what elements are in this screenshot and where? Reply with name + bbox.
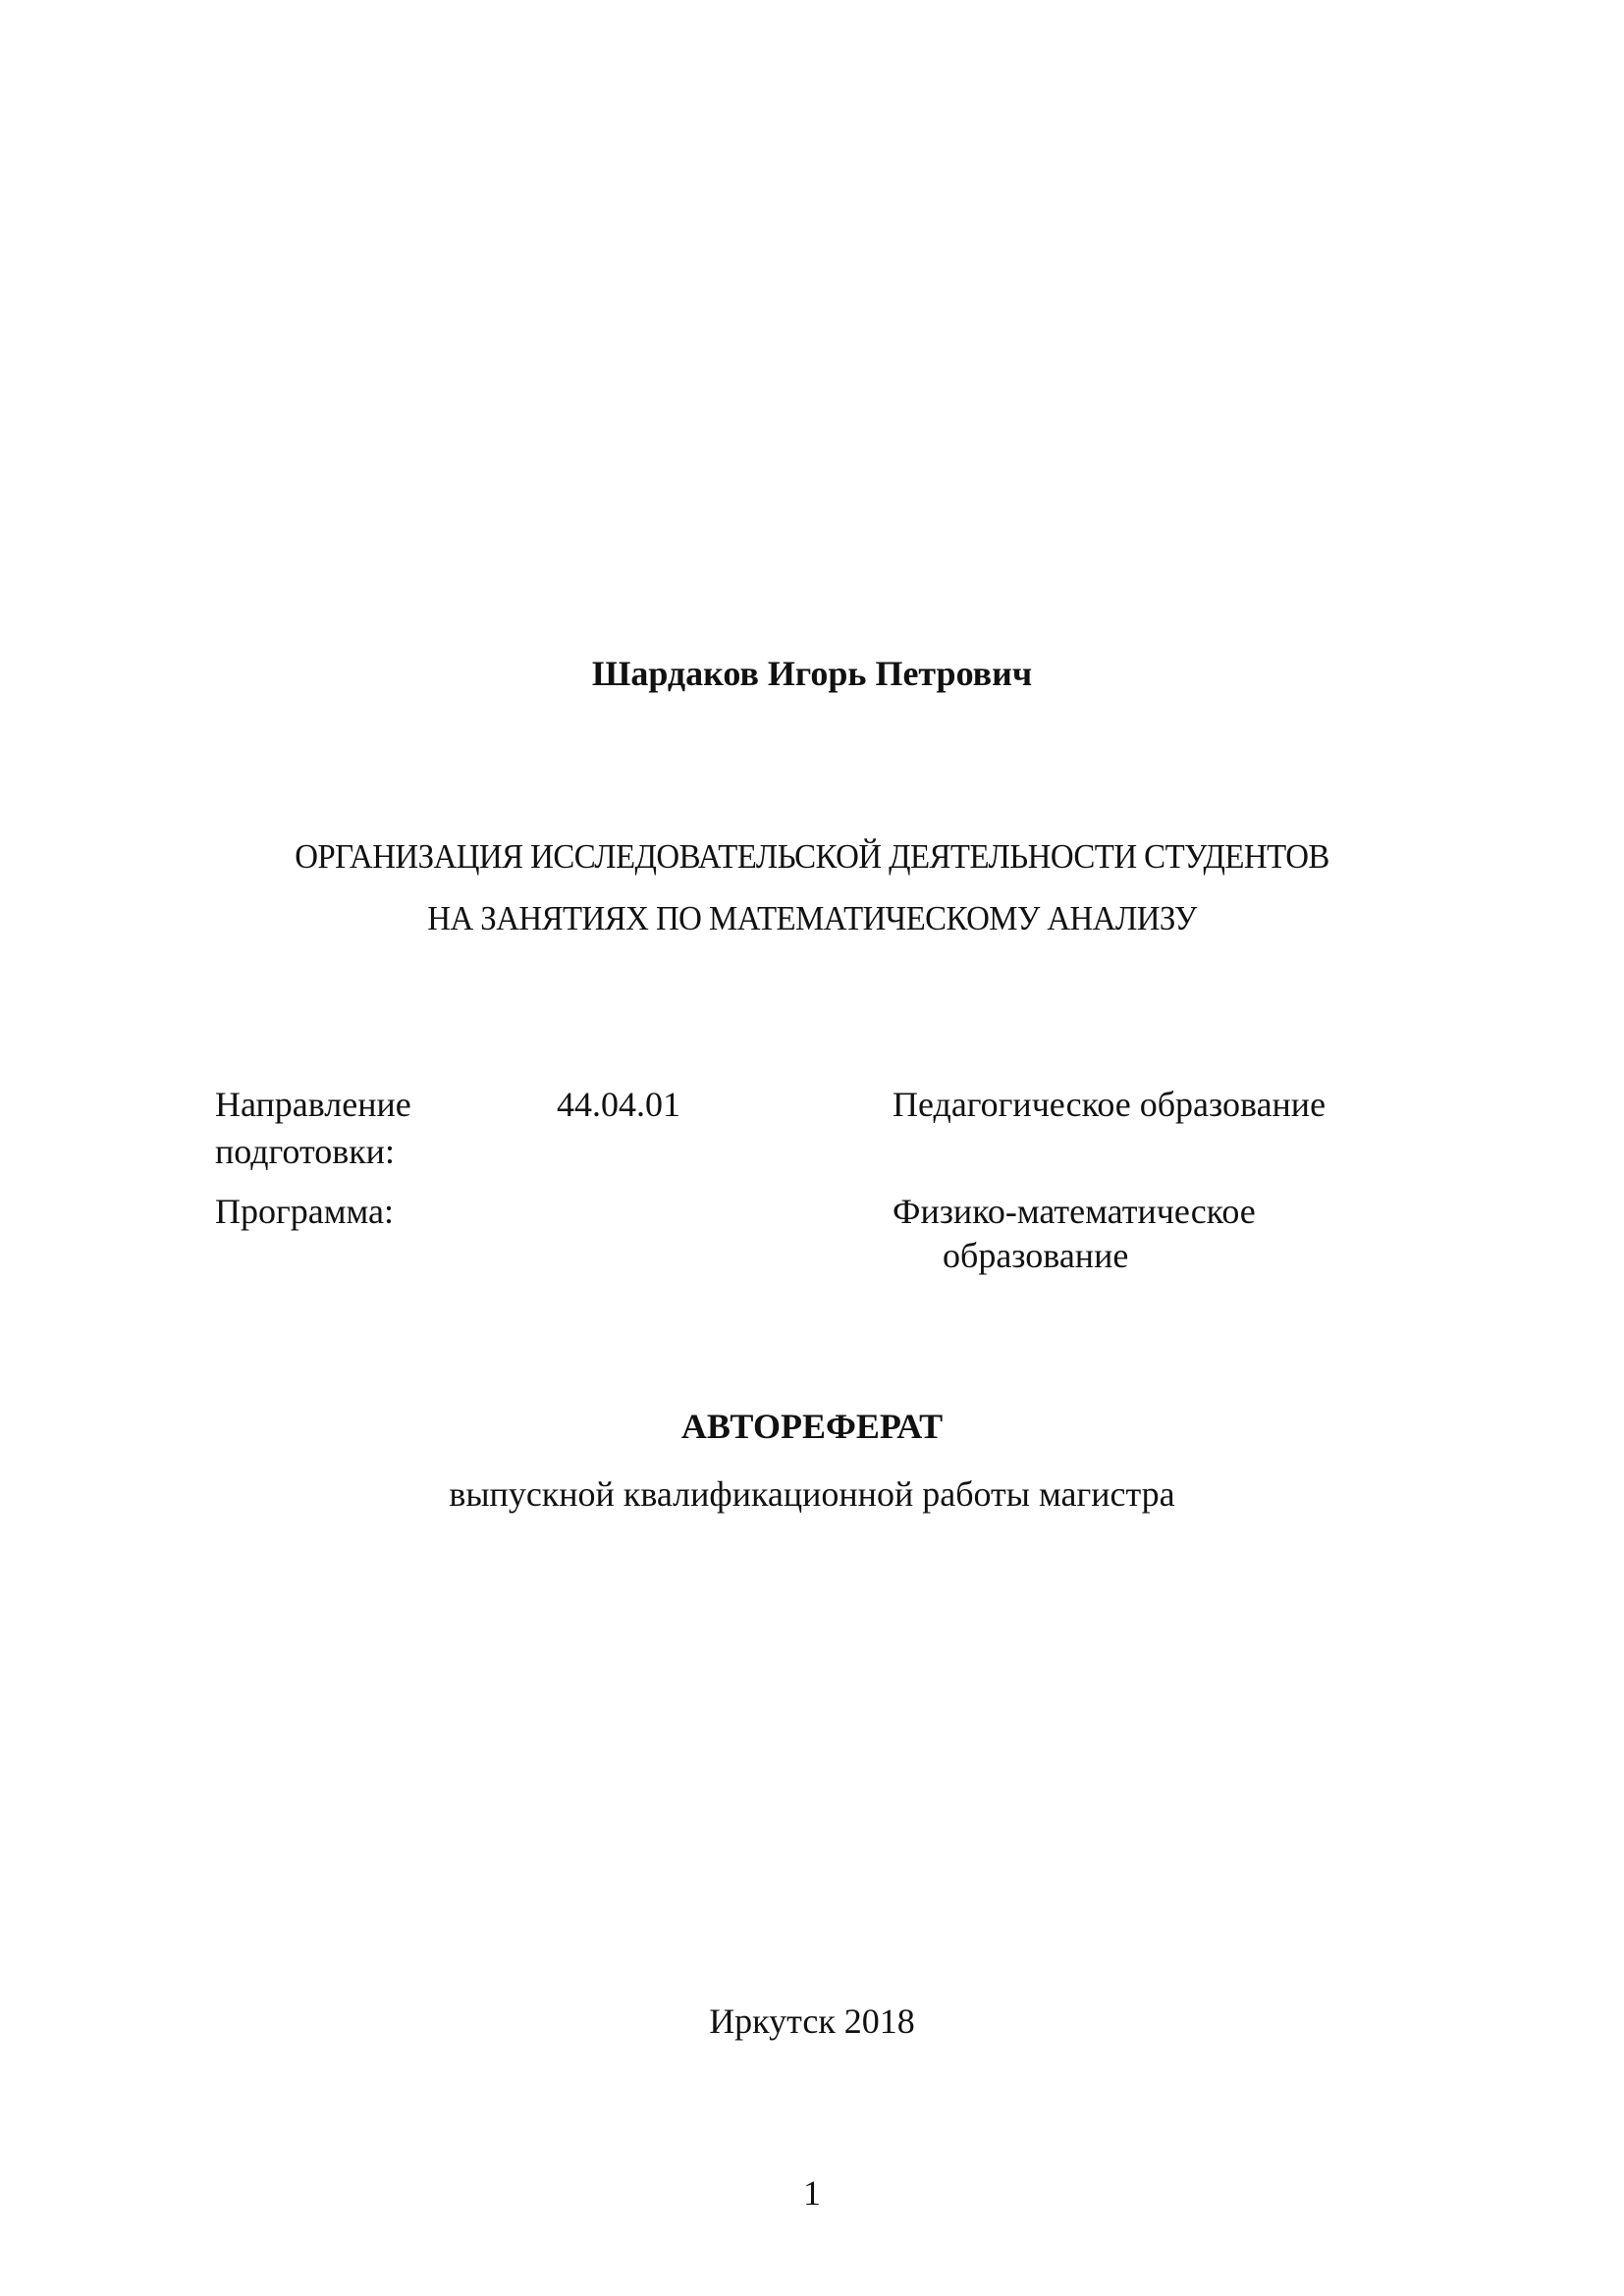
direction-label: Направление (215, 1087, 411, 1122)
page-number: 1 (0, 2175, 1624, 2211)
author-name: Шардаков Игорь Петрович (0, 656, 1624, 691)
direction-name: Педагогическое образование (893, 1087, 1326, 1122)
document-subtype: выпускной квалификационной работы магист… (0, 1476, 1624, 1512)
program-name: Физико-математическое (893, 1194, 1256, 1229)
document-type: АВТОРЕФЕРАТ (0, 1409, 1624, 1444)
title-line-1: ОРГАНИЗАЦИЯ ИССЛЕДОВАТЕЛЬСКОЙ ДЕЯТЕЛЬНОС… (49, 839, 1576, 874)
direction-code: 44.04.01 (557, 1087, 680, 1122)
program-label: Программа: (215, 1194, 394, 1229)
program-name-continued: образование (943, 1238, 1128, 1273)
city-year: Иркутск 2018 (0, 2003, 1624, 2039)
direction-label-continued: подготовки: (215, 1134, 395, 1169)
title-line-2: НА ЗАНЯТИЯХ ПО МАТЕМАТИЧЕСКОМУ АНАЛИЗУ (49, 901, 1576, 935)
